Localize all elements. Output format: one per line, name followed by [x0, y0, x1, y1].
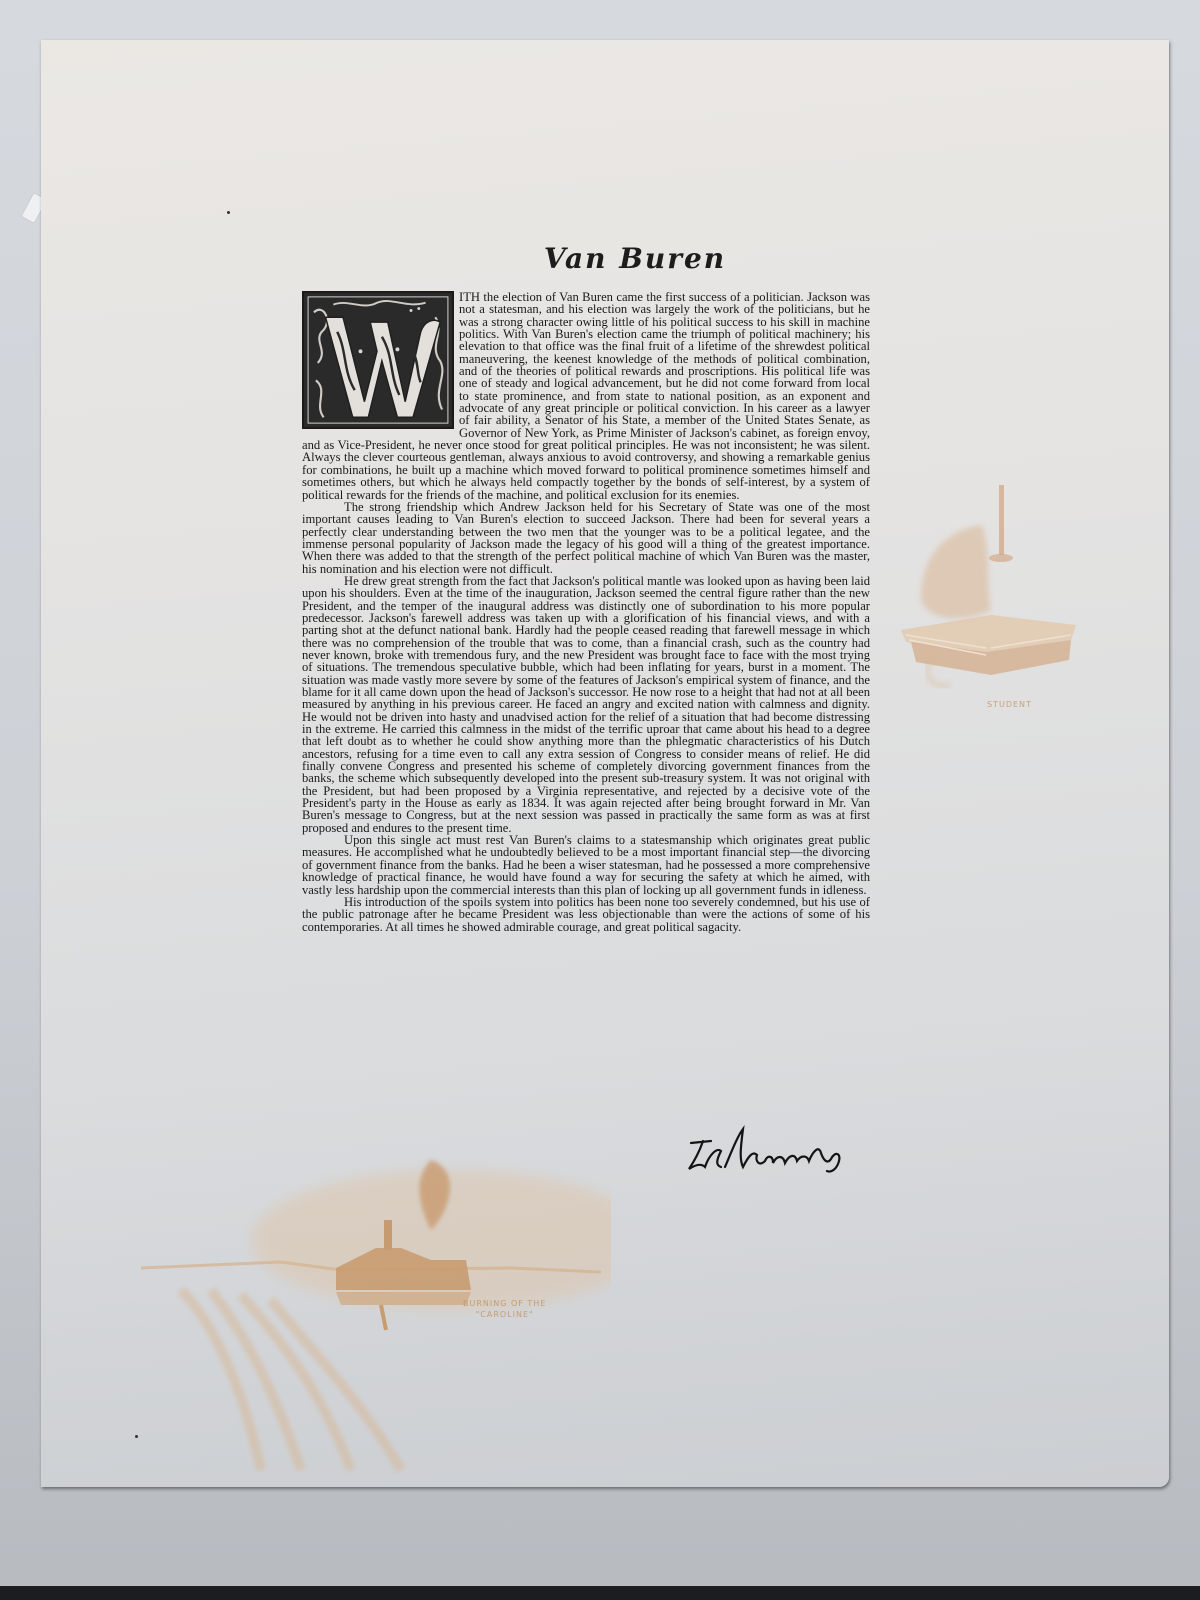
student-illustration-icon: [881, 430, 1081, 690]
article-body: ITH the election of Van Buren came the f…: [302, 291, 870, 933]
paragraph-3: He drew great strength from the fact tha…: [302, 575, 870, 834]
page-title: Van Buren: [41, 242, 1169, 275]
document-page: STUDENT Van Buren: [41, 40, 1169, 1487]
background-edge: [0, 1586, 1200, 1600]
paragraph-4: Upon this single act must rest Van Buren…: [302, 834, 870, 896]
caroline-caption: BURNING OF THE "CAROLINE": [463, 1298, 546, 1320]
student-caption: STUDENT: [987, 700, 1032, 709]
ink-speck: [227, 211, 230, 214]
caroline-caption-line1: BURNING OF THE: [463, 1298, 546, 1309]
caroline-caption-line2: "CAROLINE": [463, 1309, 546, 1320]
paragraph-2: The strong friendship which Andrew Jacks…: [302, 501, 870, 575]
drop-cap-w: [302, 291, 454, 429]
ornamental-w-icon: [304, 293, 452, 427]
paragraph-5: His introduction of the spoils system in…: [302, 896, 870, 933]
signature-icon: F A Vanderlip: [681, 1125, 871, 1175]
